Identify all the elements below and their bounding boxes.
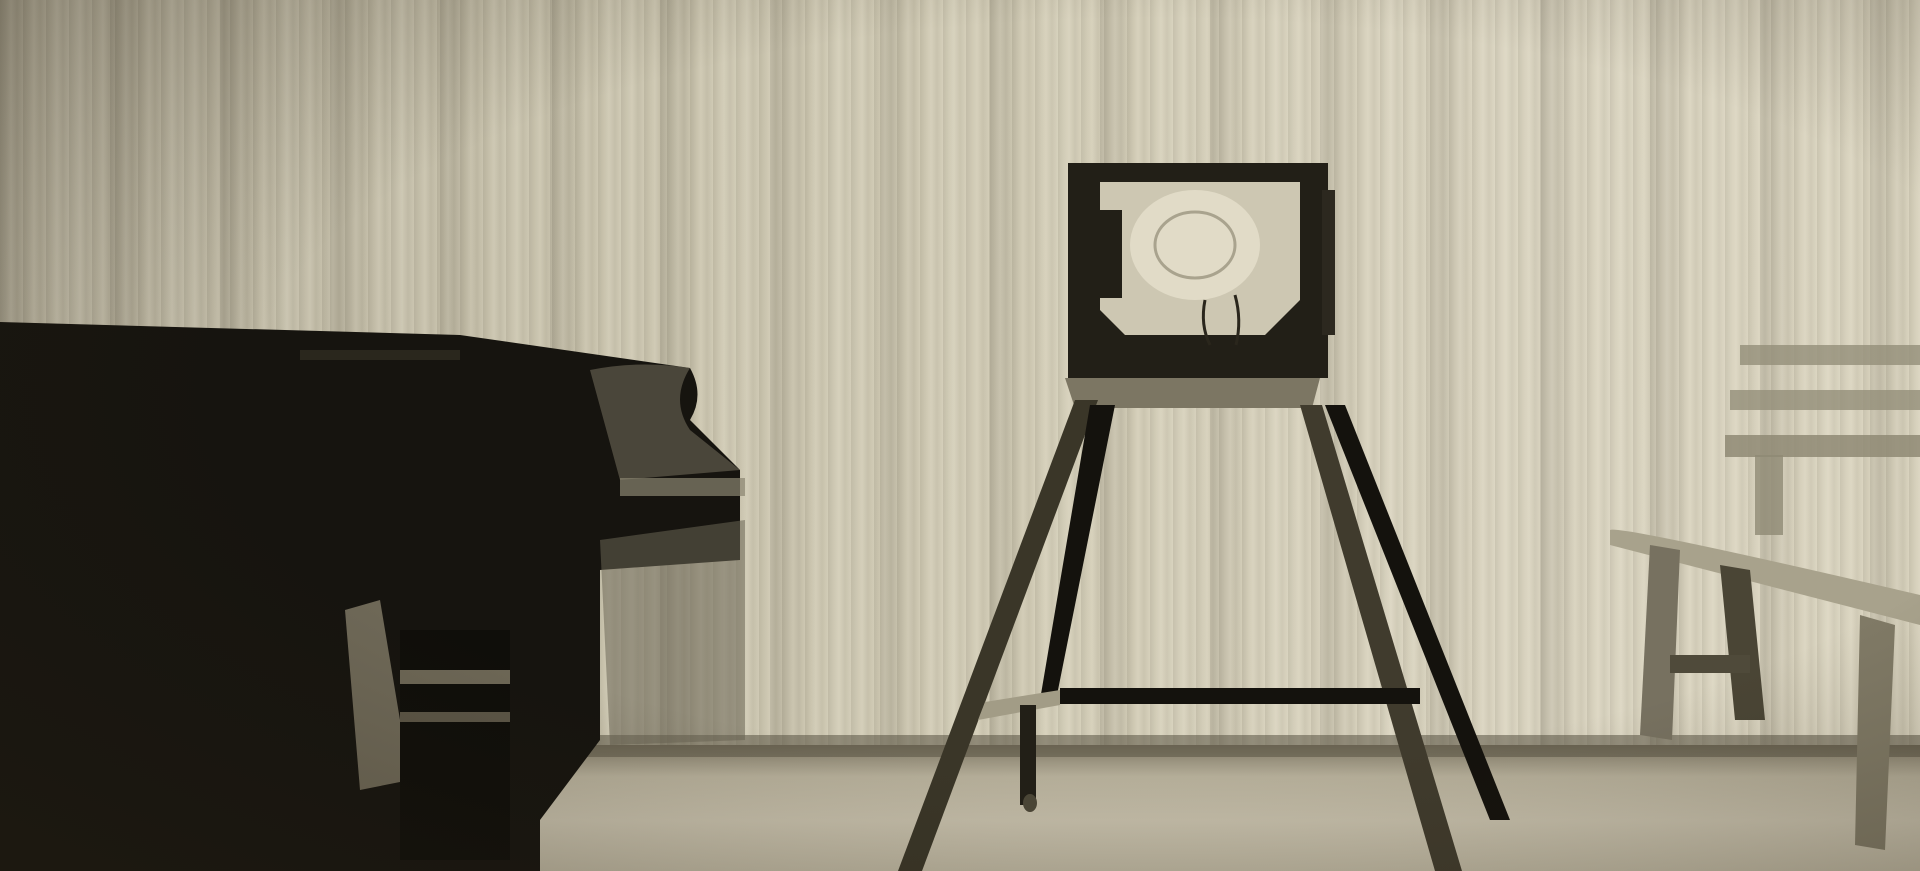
grand-piano [0, 322, 745, 871]
scene-drawing [0, 0, 1920, 871]
sepia-photograph [0, 0, 1920, 871]
tripod-stand [898, 378, 1510, 871]
bench [1610, 345, 1920, 850]
microphone-diaphragm [1130, 190, 1260, 300]
microphone-box [1068, 163, 1335, 378]
